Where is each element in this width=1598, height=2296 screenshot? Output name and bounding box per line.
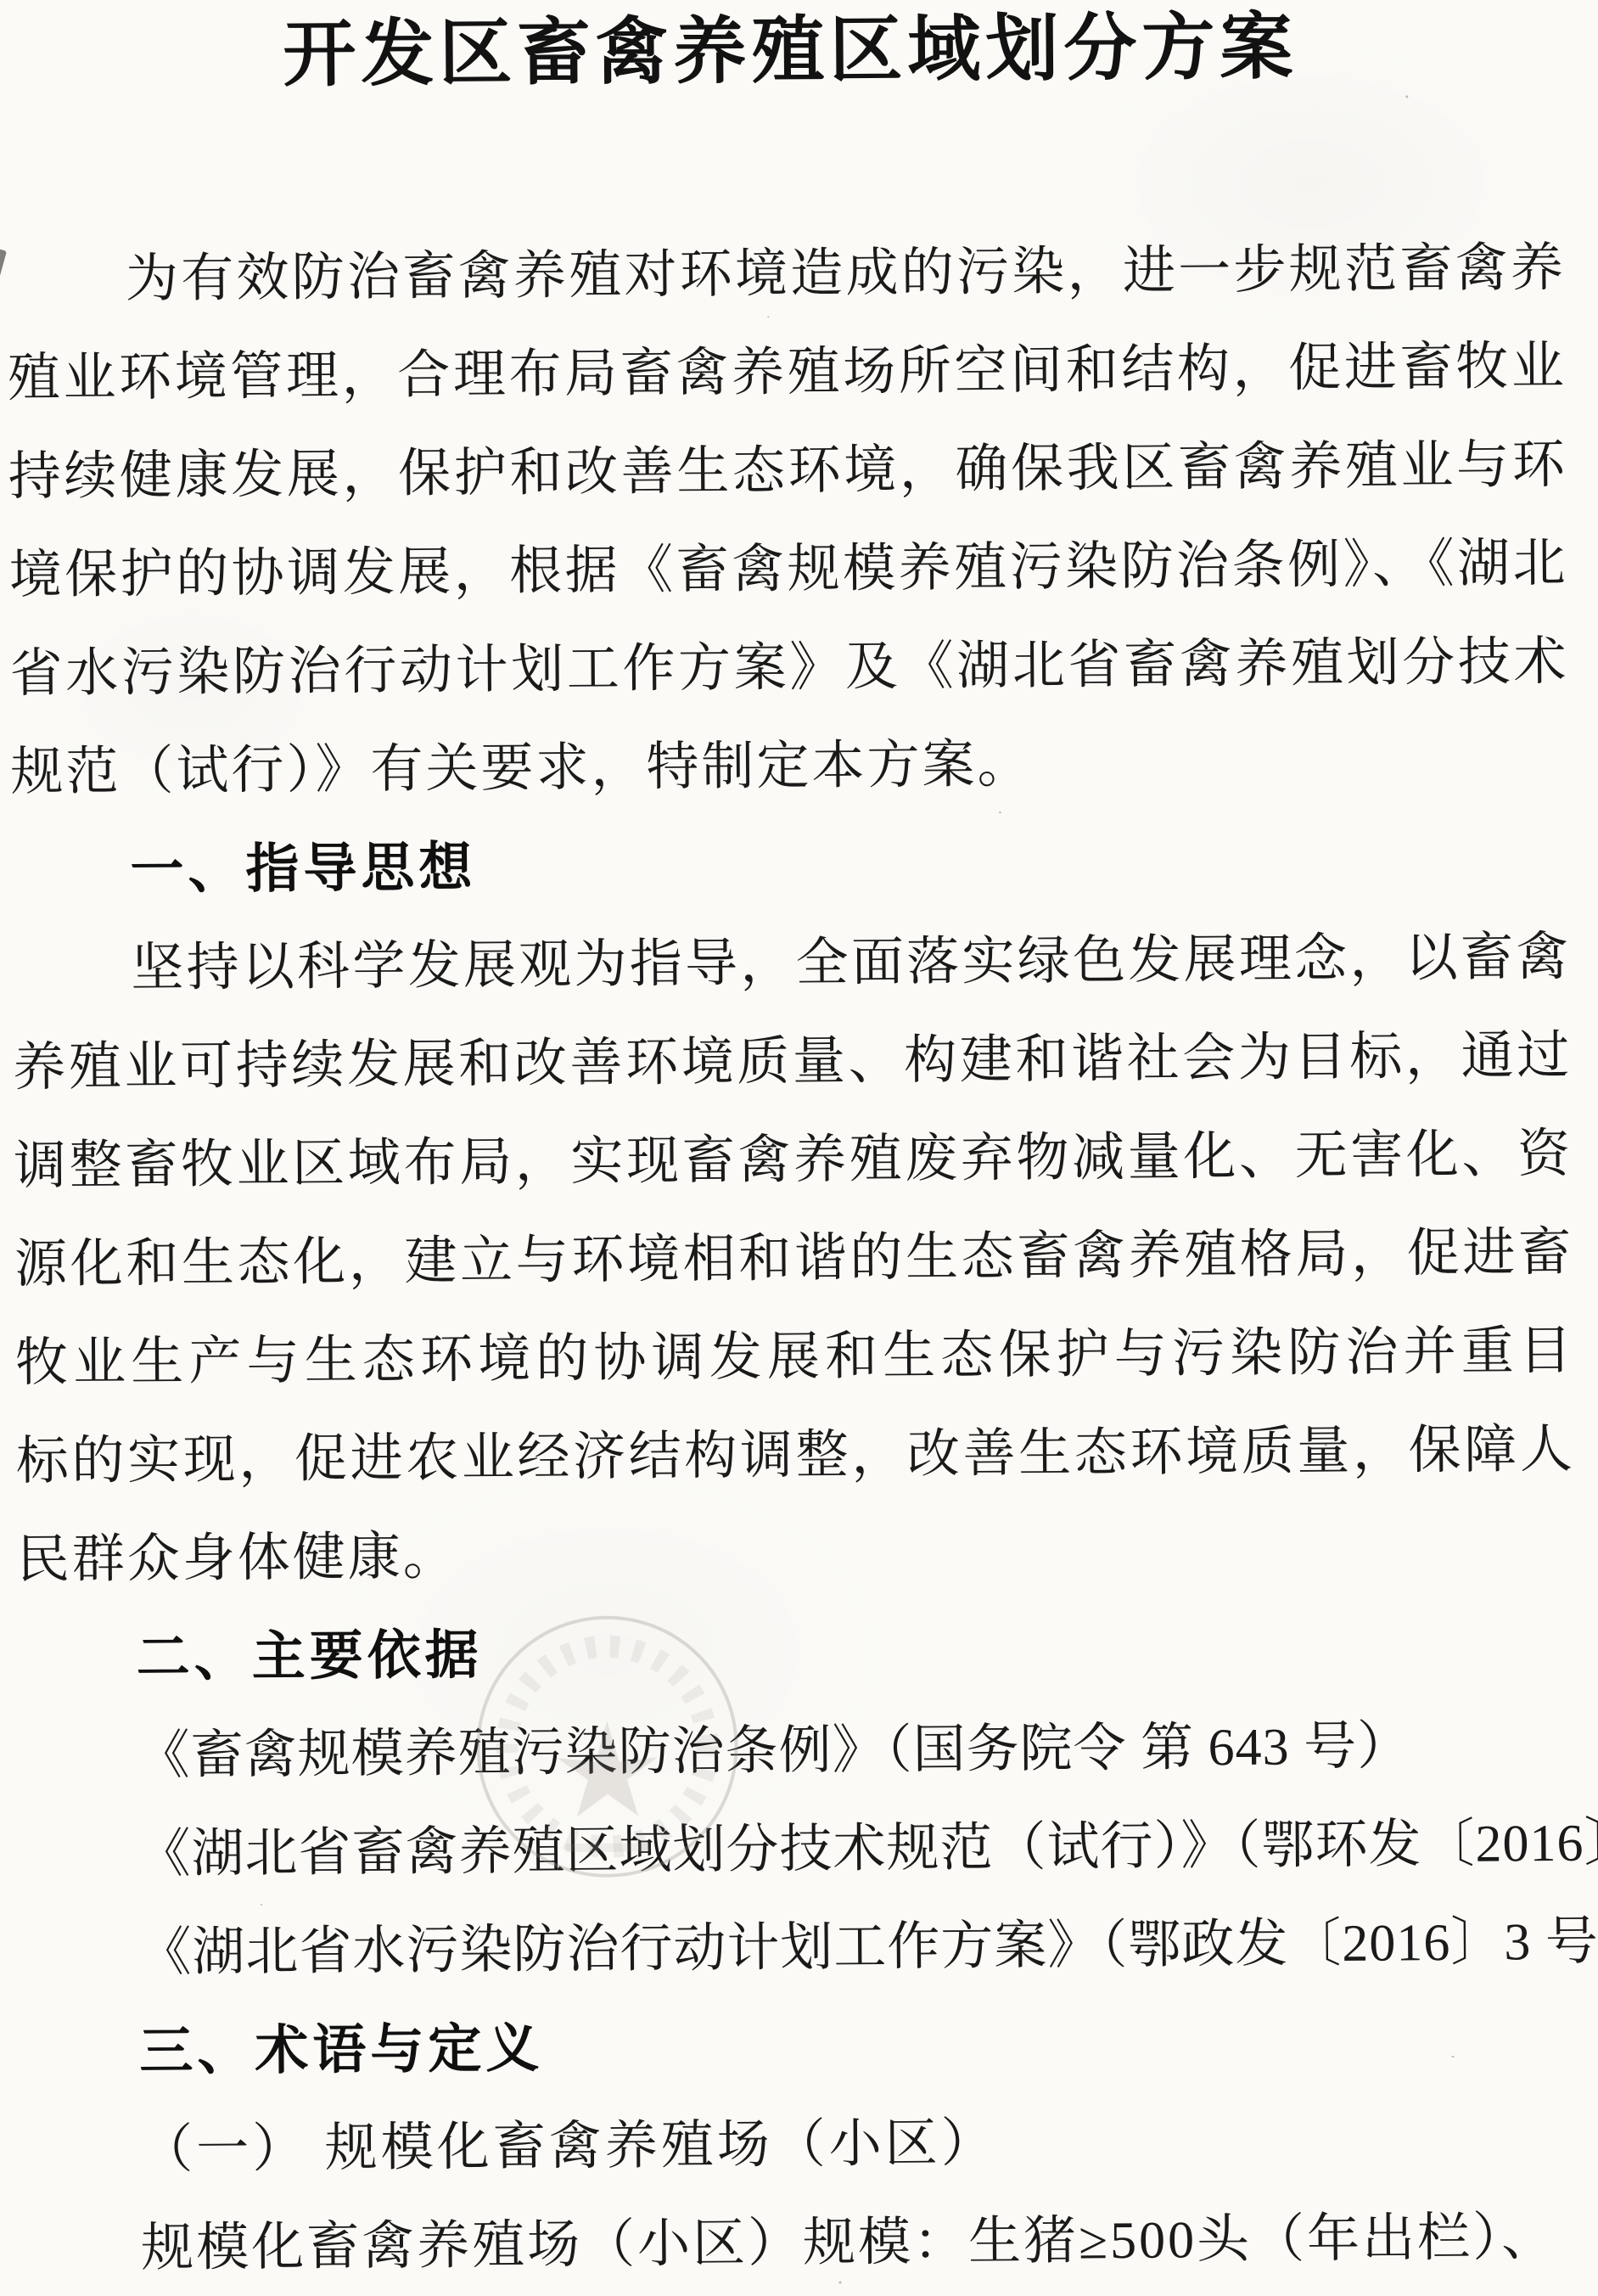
body-line: 调整畜牧业区域布局，实现畜禽养殖废弃物减量化、无害化、资: [14, 1105, 1571, 1215]
body-line: 标的实现，促进农业经济结构调整，改善生态环境质量，保障人: [15, 1401, 1573, 1511]
scan-speck: [261, 1904, 262, 1906]
scanned-document-page: 开发区畜禽养殖区域划分方案 为有效防治畜禽养殖对环境造成的污染，进一步规范畜禽养…: [0, 0, 1598, 2296]
body-line: 牧业生产与生态环境的协调发展和生态保护与污染防治并重目: [15, 1302, 1573, 1412]
body-line: 源化和生态化，建立与环境相和谐的生态畜禽养殖格局，促进畜: [14, 1204, 1572, 1314]
scan-speck: [1405, 95, 1408, 98]
body-line: 持续健康发展，保护和改善生态环境，确保我区畜禽养殖业与环: [8, 416, 1565, 526]
scan-speck: [1451, 2056, 1454, 2057]
reference-item: 《湖北省水污染防治行动计划工作方案》（鄂政发〔2016〕3 号）: [20, 1893, 1577, 2003]
document-body: 为有效防治畜禽养殖对环境造成的污染，进一步规范畜禽养 殖业环境管理，合理布局畜禽…: [6, 219, 1578, 2296]
reference-item: 《畜禽规模养殖污染防治条例》（国务院令 第 643 号）: [18, 1696, 1575, 1806]
body-line: 为有效防治畜禽养殖对环境造成的污染，进一步规范畜禽养: [6, 219, 1563, 329]
scan-speck: [767, 316, 769, 317]
section-heading: 二、主要依据: [17, 1597, 1574, 1708]
document-sheet: 开发区畜禽养殖区域划分方案 为有效防治畜禽养殖对环境造成的污染，进一步规范畜禽养…: [0, 0, 1598, 2296]
body-line: 规范（试行）》有关要求，特制定本方案。: [10, 711, 1567, 822]
scan-speck: [1325, 1444, 1327, 1446]
reference-item: 《湖北省畜禽养殖区域划分技术规范（试行）》（鄂环发〔2016〕5 号）: [19, 1794, 1576, 1905]
seal-star-icon: [557, 1721, 658, 1816]
section-heading: 一、指导思想: [11, 810, 1568, 920]
body-line: 养殖业可持续发展和改善环境质量、构建和谐社会为目标，通过: [13, 1007, 1570, 1117]
body-line: 坚持以科学发展观为指导，全面落实绿色发展理念，以畜禽: [12, 908, 1569, 1019]
document-title: 开发区畜禽养殖区域划分方案: [0, 0, 1590, 104]
body-line: 省水污染防治行动计划工作方案》及《湖北省畜禽养殖划分技术: [9, 613, 1567, 723]
body-line: 民群众身体健康。: [16, 1499, 1573, 1609]
faint-official-seal-watermark: [462, 1603, 753, 1894]
sub-heading: （一） 规模化畜禽养殖场（小区）: [21, 2090, 1578, 2200]
section-heading: 三、术语与定义: [20, 1991, 1578, 2102]
scan-speck: [999, 811, 1001, 813]
scan-speck: [838, 2282, 841, 2284]
body-line: 境保护的协调发展，根据《畜禽规模养殖污染防治条例》、《湖北: [8, 514, 1566, 625]
scan-speck: [586, 1266, 588, 1269]
body-line: 殖业环境管理，合理布局畜禽养殖场所空间和结构，促进畜牧业: [7, 317, 1564, 428]
body-line: 规模化畜禽养殖场（小区）规模：生猪≥500头（年出栏）、: [22, 2188, 1579, 2296]
